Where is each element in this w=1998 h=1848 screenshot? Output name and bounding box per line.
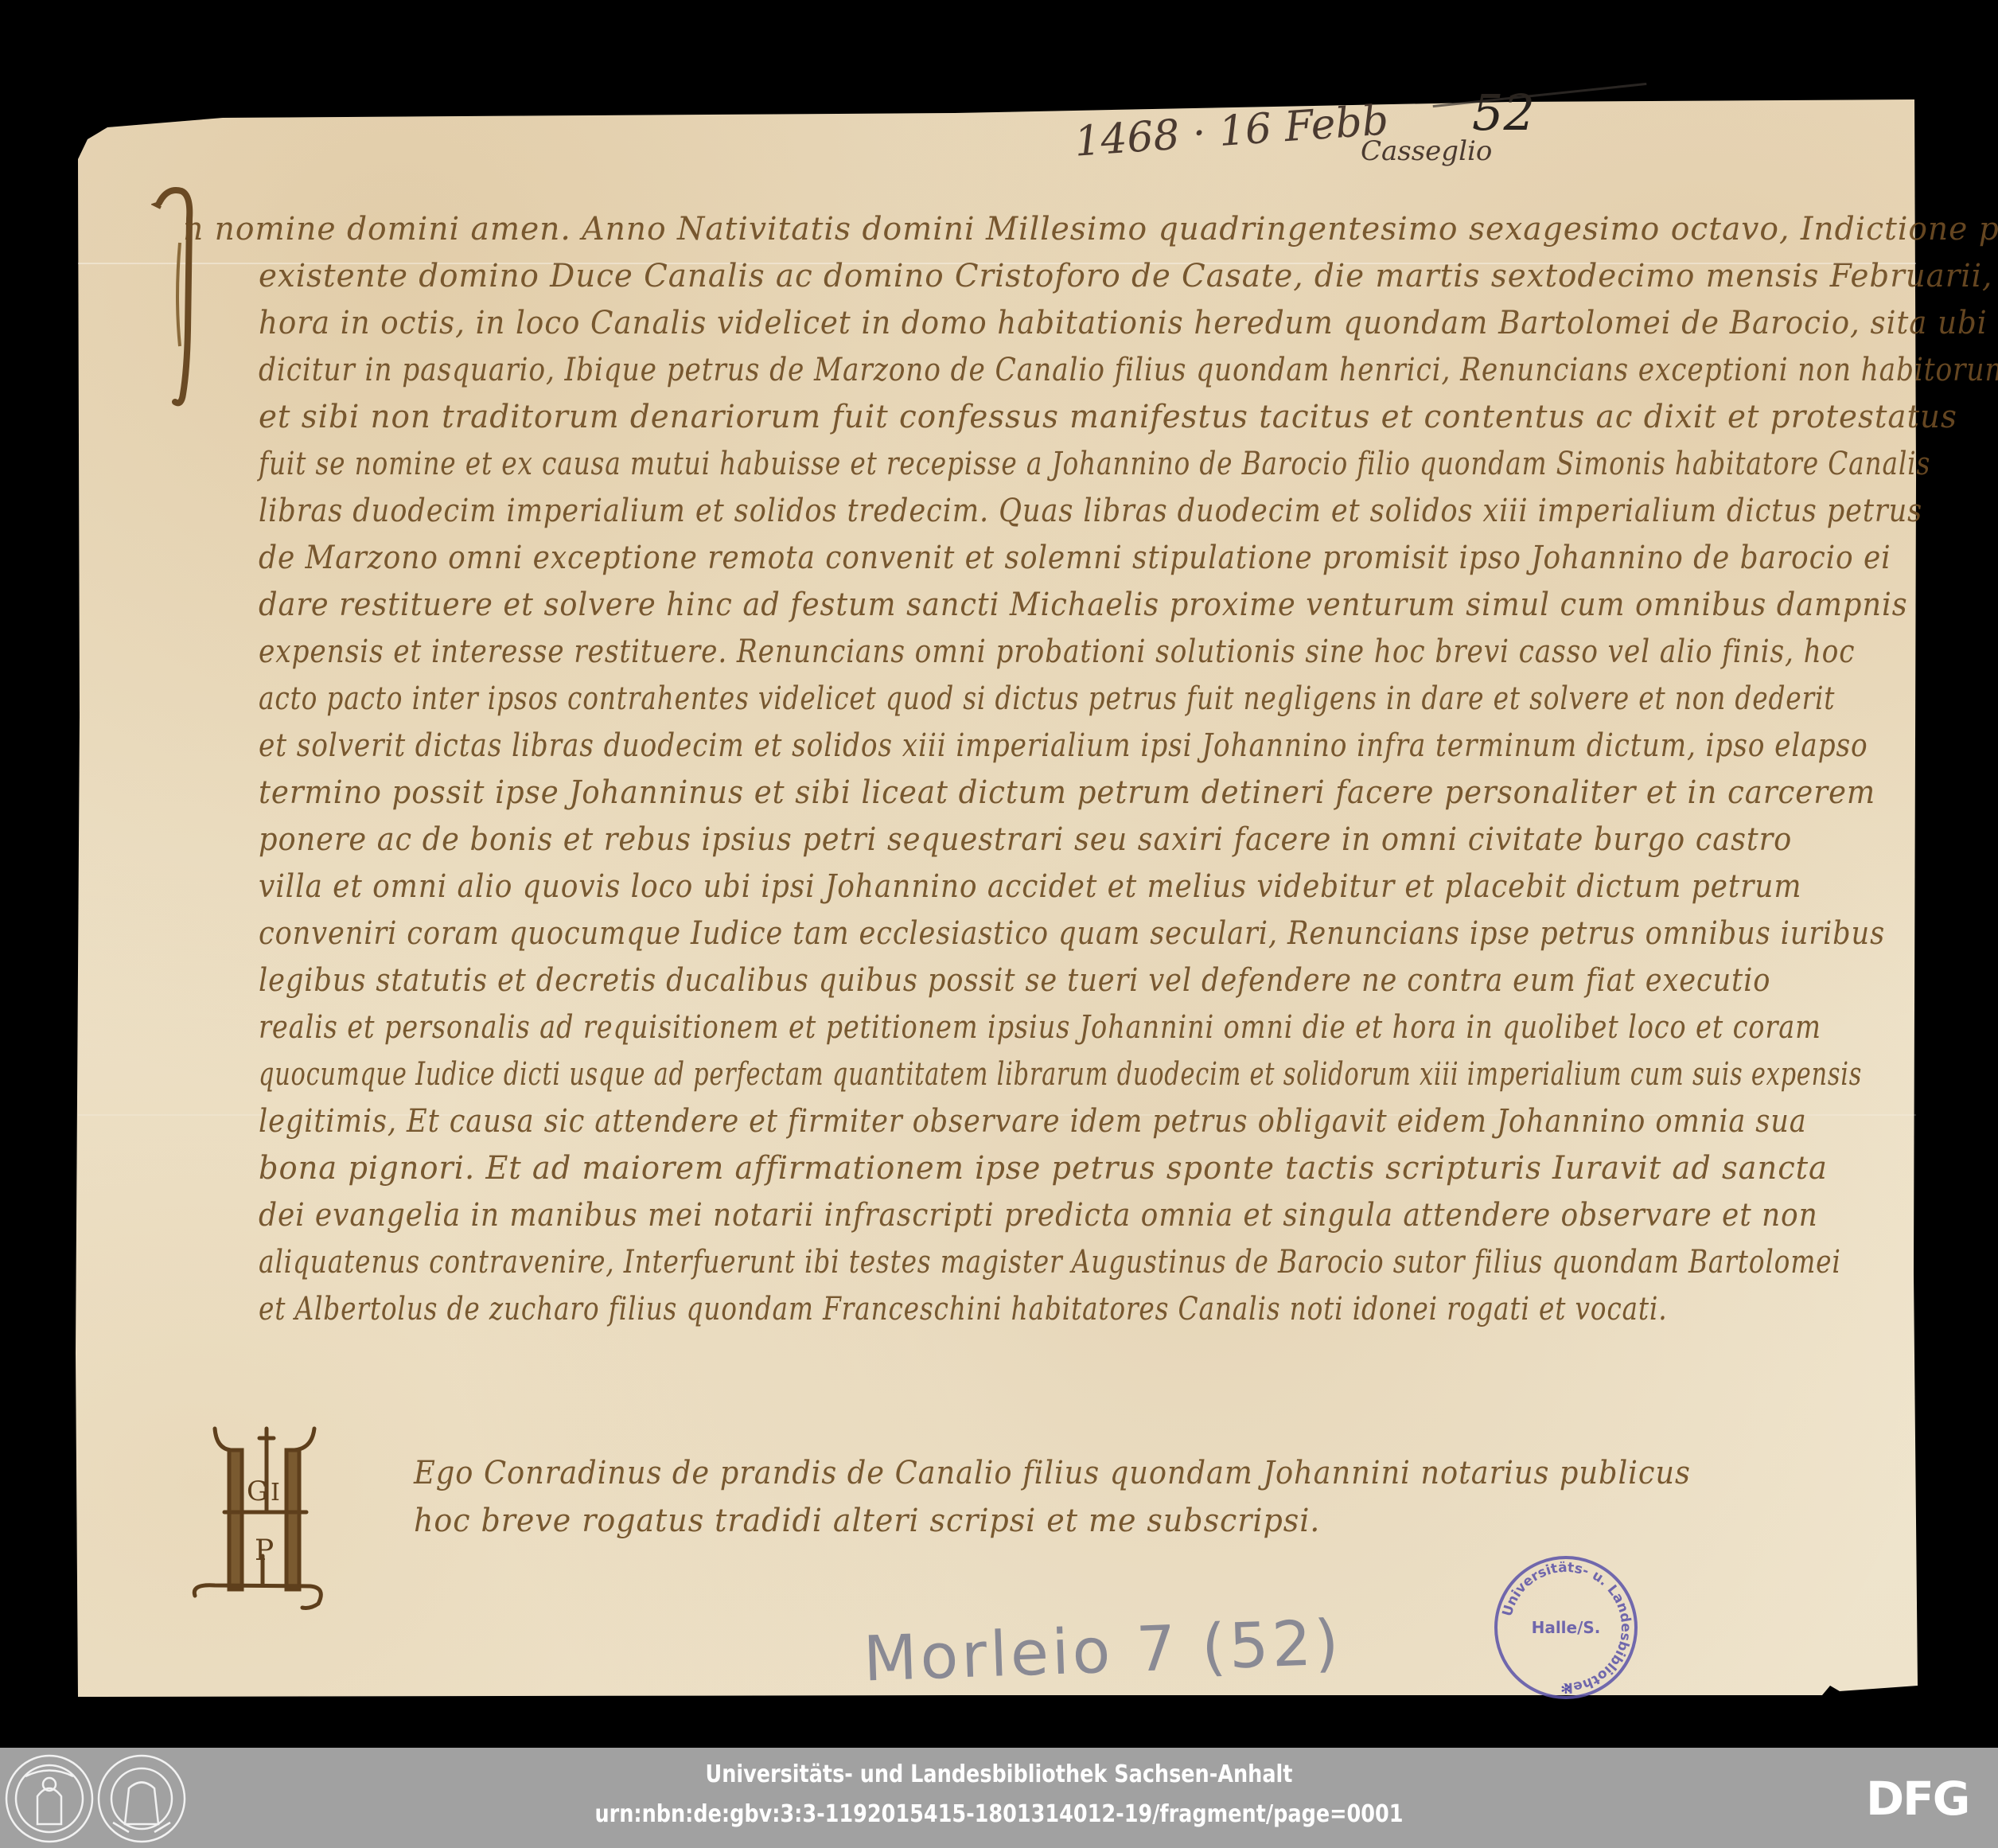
subscription-line: hoc breve rogatus tradidi alteri scripsi… [414, 1503, 1320, 1539]
notary-letter-p: P [255, 1534, 274, 1567]
text-line: villa et omni alio quovis loco ubi ipsi … [259, 868, 1801, 905]
text-line: termino possit ipse Johanninus et sibi l… [259, 774, 1875, 811]
text-line: dei evangelia in manibus mei notarii inf… [259, 1197, 1818, 1234]
stamp-center-text: Halle/S. [1532, 1618, 1601, 1637]
text-line: realis et personalis ad requisitionem et… [259, 1009, 1821, 1046]
text-line: n nomine domini amen. Anno Nativitatis d… [183, 211, 1998, 248]
text-line: hora in octis, in loco Canalis videlicet… [259, 305, 1988, 341]
subscription-line: Ego Conradinus de prandis de Canalio fil… [414, 1455, 1691, 1491]
text-line: libras duodecim imperialium et solidos t… [259, 493, 1922, 529]
text-line: de Marzono omni exceptione remota conven… [259, 540, 1891, 576]
text-line: ponere ac de bonis et rebus ipsius petri… [259, 821, 1792, 858]
text-line: acto pacto inter ipsos contrahentes vide… [259, 680, 1835, 717]
library-stamp-icon: Universitäts- u. Landesbibliothek Halle/… [1490, 1552, 1642, 1703]
notary-letter-g: G [247, 1476, 268, 1507]
image-viewer: 1468 · 16 Febb Casseglio 52 n nomine dom… [0, 0, 1998, 1748]
decorated-initial-icon [151, 171, 207, 410]
text-line: conveniri coram quocumque Iudice tam ecc… [259, 915, 1885, 952]
text-line: legibus statutis et decretis ducalibus q… [259, 962, 1770, 999]
text-line: existente domino Duce Canalis ac domino … [259, 258, 1992, 294]
archival-number-annotation: 52 [1472, 84, 1535, 142]
text-line: expensis et interesse restituere. Renunc… [259, 634, 1855, 670]
text-line: quocumque Iudice dicti usque ad perfecta… [259, 1056, 1862, 1093]
text-line: et sibi non traditorum denariorum fuit c… [259, 399, 1957, 435]
text-line: legitimis, Et causa sic attendere et fir… [259, 1103, 1807, 1140]
notarial-sign-icon: G I P [191, 1425, 414, 1616]
footer-bar: Universitäts- und Landesbibliothek Sachs… [0, 1748, 1998, 1848]
text-line: aliquatenus contravenire, Interfuerunt i… [259, 1244, 1841, 1281]
footer-urn[interactable]: urn:nbn:de:gbv:3:3-1192015415-1801314012… [150, 1800, 1848, 1828]
text-line: dicitur in pasquario, Ibique petrus de M… [259, 352, 1998, 388]
text-line: dare restituere et solvere hinc ad festu… [259, 587, 1908, 623]
stamp-star-icon: ✻ [1560, 1682, 1571, 1697]
text-line: fuit se nomine et ex causa mutui habuiss… [259, 446, 1930, 482]
text-line: bona pignori. Et ad maiorem affirmatione… [259, 1150, 1828, 1187]
dfg-logo: DFG [1866, 1772, 1969, 1826]
footer-institution-name: Universitäts- und Landesbibliothek Sachs… [150, 1760, 1848, 1788]
text-line: et solverit dictas libras duodecim et so… [259, 727, 1868, 764]
text-line: et Albertolus de zucharo filius quondam … [259, 1291, 1667, 1328]
notary-letter-i: I [271, 1479, 280, 1507]
